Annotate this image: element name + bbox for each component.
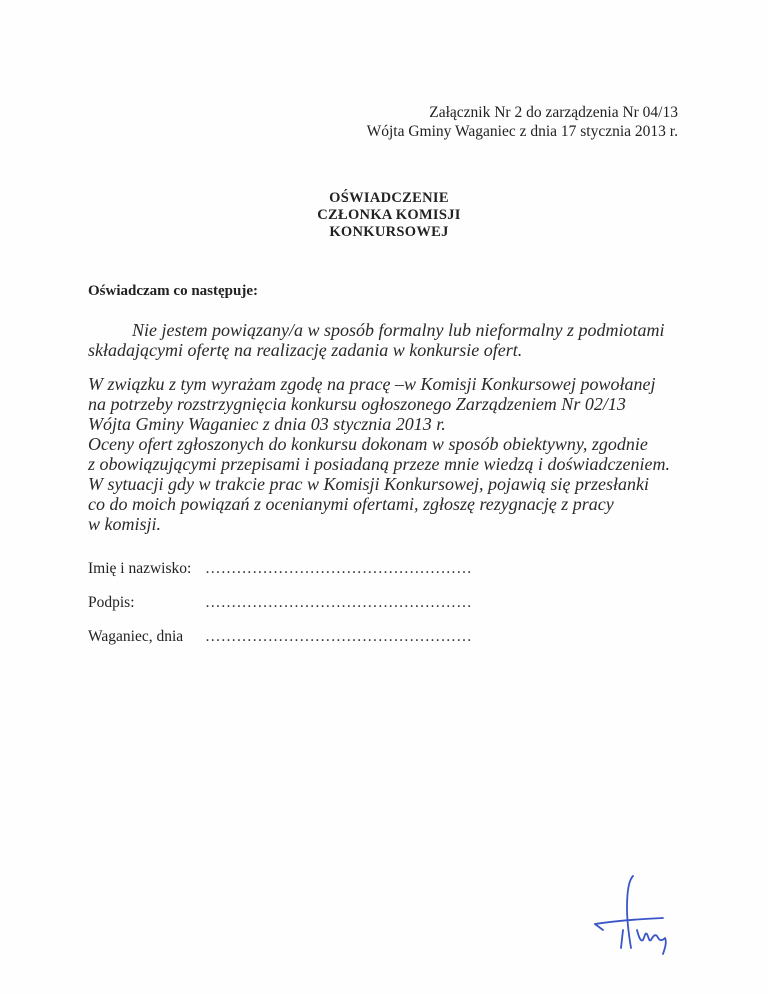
document-title: OŚWIADCZENIE CZŁONKA KOMISJI KONKURSOWEJ bbox=[0, 190, 768, 241]
field-signature: Podpis: …………………………………………… bbox=[88, 594, 472, 628]
paragraph-2-line: z obowiązującymi przepisami i posiadaną … bbox=[88, 454, 708, 474]
title-line-3: KONKURSOWEJ bbox=[0, 224, 768, 241]
paragraph-2-line: W sytuacji gdy w trakcie prac w Komisji … bbox=[88, 474, 708, 494]
declaration-heading: Oświadczam co następuje: bbox=[88, 283, 258, 300]
paragraph-2-line: Wójta Gminy Waganiec z dnia 03 stycznia … bbox=[88, 414, 708, 434]
field-date-blank: …………………………………………… bbox=[205, 628, 472, 646]
paragraph-2-line: co do moich powiązań z ocenianymi oferta… bbox=[88, 494, 708, 514]
title-line-2: CZŁONKA KOMISJI bbox=[0, 207, 768, 224]
paragraph-2-line: W związku z tym wyrażam zgodę na pracę –… bbox=[88, 374, 708, 394]
signature-fields: Imię i nazwisko: …………………………………………… Podpi… bbox=[88, 560, 472, 662]
declaration-paragraph-1: Nie jestem powiązany/a w sposób formalny… bbox=[88, 320, 708, 360]
field-name-blank: …………………………………………… bbox=[205, 560, 472, 578]
field-signature-blank: …………………………………………… bbox=[205, 594, 472, 612]
attachment-note-line-1: Załącznik Nr 2 do zarządzenia Nr 04/13 bbox=[367, 103, 678, 122]
field-date-label: Waganiec, dnia bbox=[88, 628, 205, 646]
field-signature-label: Podpis: bbox=[88, 594, 205, 612]
paragraph-1-line: składającymi ofertę na realizację zadani… bbox=[88, 340, 708, 360]
field-name-label: Imię i nazwisko: bbox=[88, 560, 205, 578]
paragraph-2-line: Oceny ofert zgłoszonych do konkursu doko… bbox=[88, 434, 708, 454]
field-date: Waganiec, dnia …………………………………………… bbox=[88, 628, 472, 662]
paragraph-1-line: Nie jestem powiązany/a w sposób formalny… bbox=[88, 320, 708, 340]
paragraph-2-line: na potrzeby rozstrzygnięcia konkursu ogł… bbox=[88, 394, 708, 414]
document-page: Załącznik Nr 2 do zarządzenia Nr 04/13 W… bbox=[0, 0, 768, 994]
attachment-note-line-2: Wójta Gminy Waganiec z dnia 17 stycznia … bbox=[367, 122, 678, 141]
title-line-1: OŚWIADCZENIE bbox=[0, 190, 768, 207]
handwritten-signature-icon bbox=[585, 868, 685, 958]
field-name: Imię i nazwisko: …………………………………………… bbox=[88, 560, 472, 594]
paragraph-2-line: w komisji. bbox=[88, 514, 708, 534]
declaration-paragraph-2: W związku z tym wyrażam zgodę na pracę –… bbox=[88, 374, 708, 534]
attachment-note: Załącznik Nr 2 do zarządzenia Nr 04/13 W… bbox=[367, 103, 678, 141]
